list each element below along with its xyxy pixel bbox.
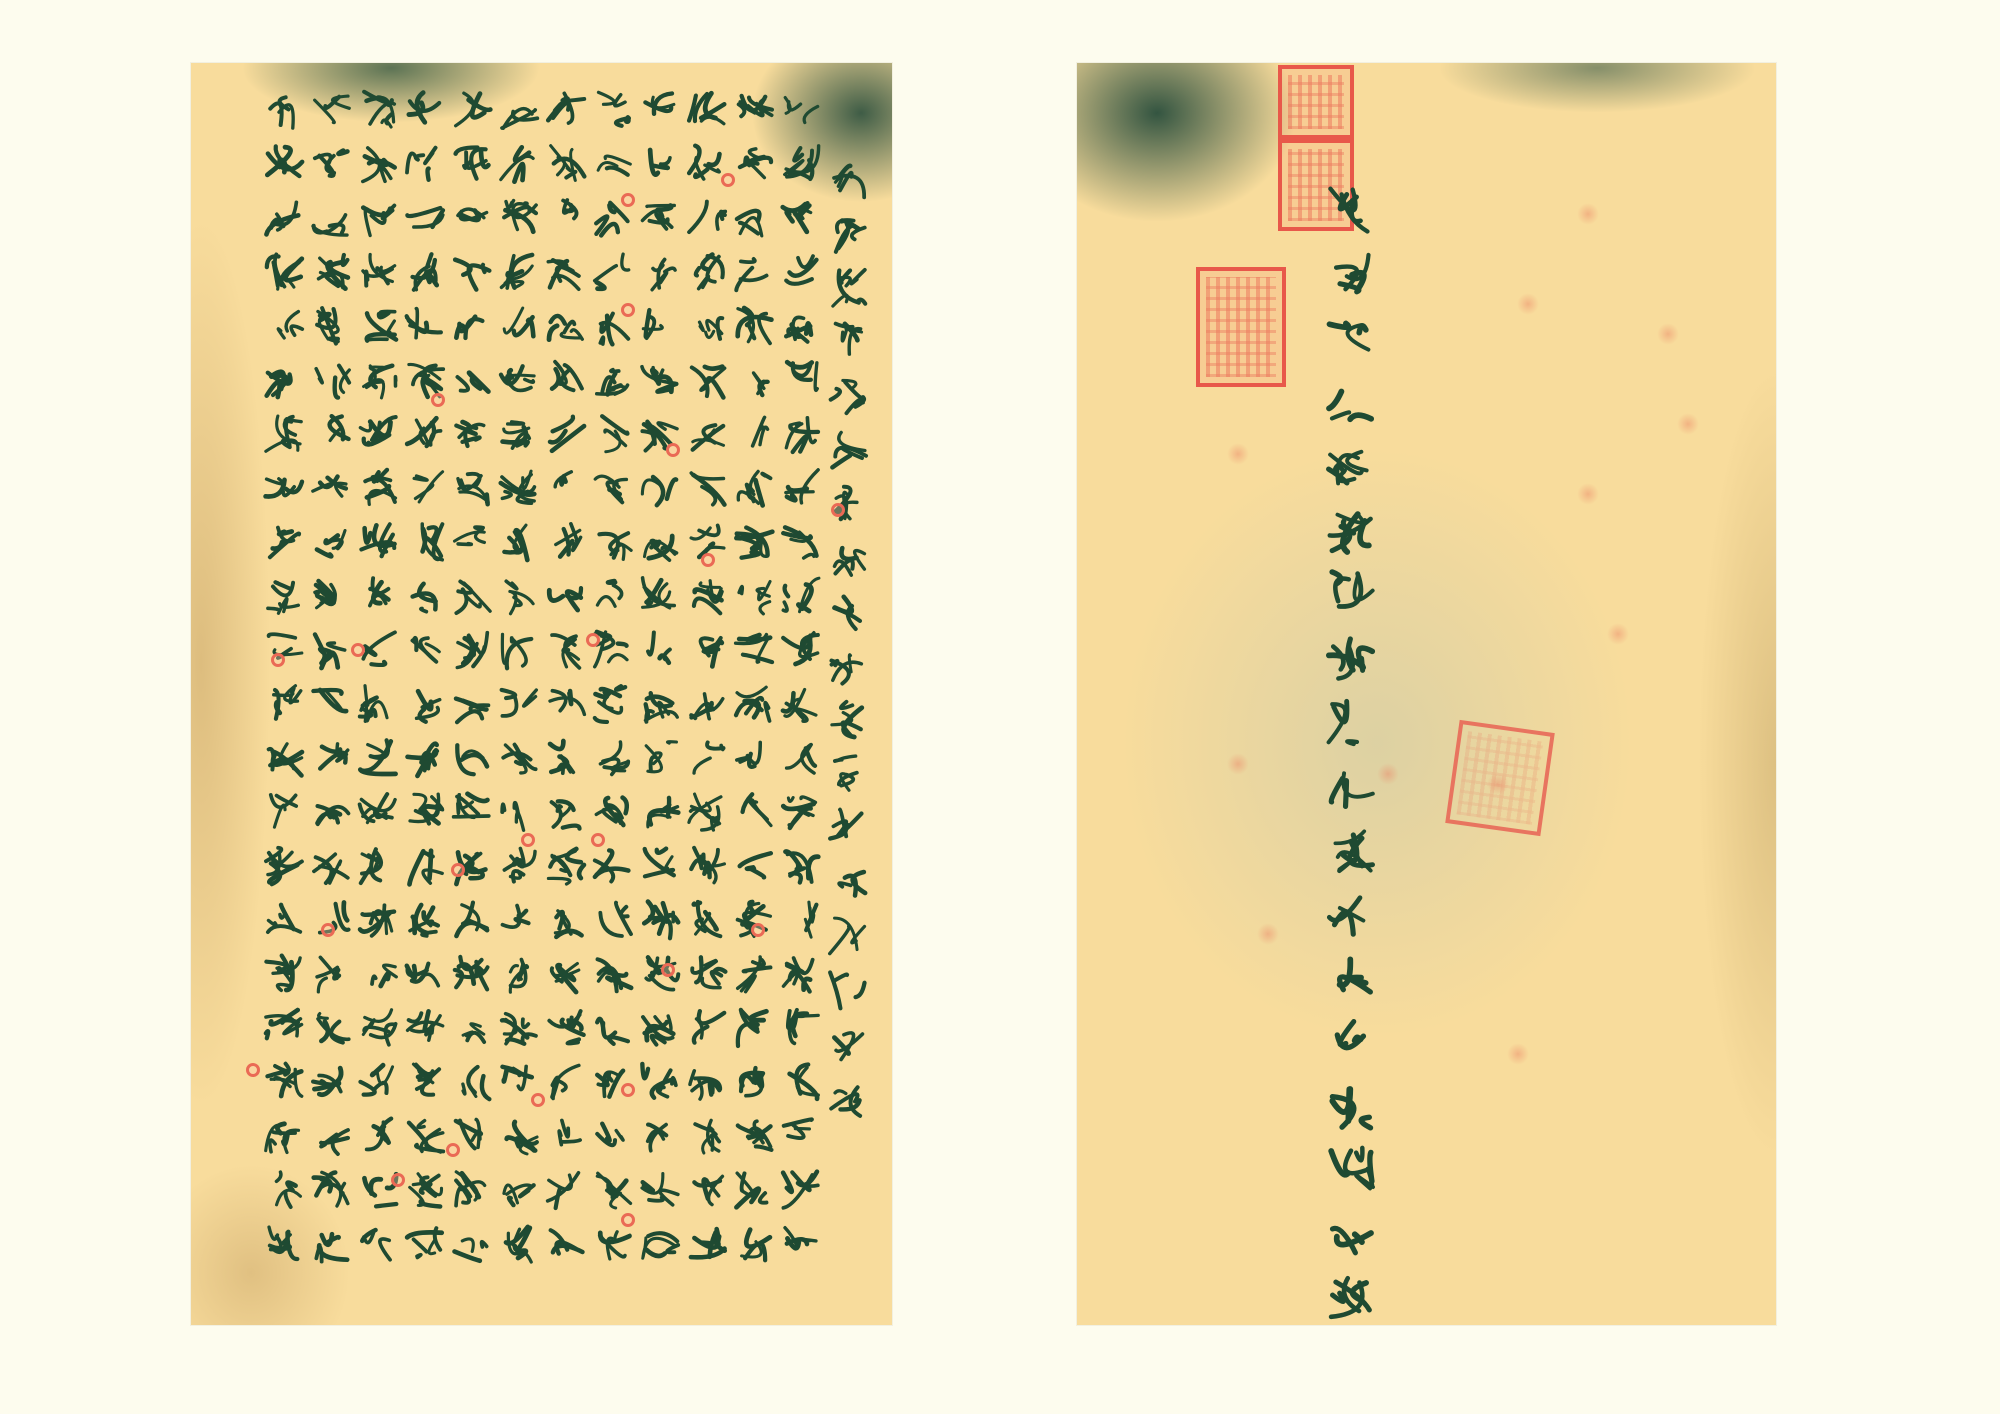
red-punctuation-circle	[621, 193, 635, 207]
calligraphy-glyph	[637, 627, 683, 673]
calligraphy-glyph	[731, 843, 777, 889]
calligraphy-glyph	[590, 1059, 636, 1105]
calligraphy-glyph	[731, 519, 777, 565]
calligraphy-glyph	[731, 735, 777, 781]
calligraphy-glyph	[825, 805, 871, 851]
calligraphy-glyph	[543, 1221, 589, 1267]
calligraphy-glyph	[449, 1167, 495, 1213]
calligraphy-glyph	[825, 535, 871, 581]
calligraphy-glyph	[449, 249, 495, 295]
calligraphy-glyph	[543, 735, 589, 781]
calligraphy-glyph	[543, 843, 589, 889]
faded-red-speck	[1377, 763, 1399, 785]
red-punctuation-circle	[621, 1083, 635, 1097]
calligraphy-glyph	[684, 249, 730, 295]
text-column	[637, 83, 683, 1271]
calligraphy-glyph	[402, 573, 448, 619]
calligraphy-glyph	[731, 1005, 777, 1051]
calligraphy-glyph	[355, 1005, 401, 1051]
calligraphy-glyph	[590, 1167, 636, 1213]
calligraphy-glyph	[825, 373, 871, 419]
calligraphy-glyph	[590, 357, 636, 403]
calligraphy-glyph	[496, 735, 542, 781]
red-seal-top	[1278, 65, 1354, 139]
calligraphy-glyph	[1323, 502, 1379, 558]
calligraphy-glyph	[684, 1059, 730, 1105]
red-punctuation-circle	[391, 1173, 405, 1187]
red-seal-faint-outline	[1445, 720, 1555, 836]
calligraphy-glyph	[308, 195, 354, 241]
calligraphy-glyph	[402, 303, 448, 349]
faded-red-speck	[1227, 443, 1249, 465]
calligraphy-glyph	[1323, 1014, 1379, 1070]
calligraphy-glyph	[402, 141, 448, 187]
calligraphy-glyph	[731, 573, 777, 619]
calligraphy-glyph	[778, 1221, 824, 1267]
calligraphy-glyph	[402, 789, 448, 835]
calligraphy-glyph	[731, 1167, 777, 1213]
calligraphy-glyph	[637, 951, 683, 997]
calligraphy-glyph	[543, 411, 589, 457]
calligraphy-glyph	[1323, 758, 1379, 814]
text-column	[402, 83, 448, 1271]
calligraphy-glyph	[355, 1059, 401, 1105]
calligraphy-glyph	[778, 1113, 824, 1159]
calligraphy-glyph	[355, 141, 401, 187]
calligraphy-glyph	[402, 681, 448, 727]
calligraphy-glyph	[825, 319, 871, 365]
calligraphy-glyph	[308, 1005, 354, 1051]
calligraphy-glyph	[543, 1113, 589, 1159]
calligraphy-glyph	[637, 735, 683, 781]
red-punctuation-circle	[751, 923, 765, 937]
calligraphy-glyph	[496, 141, 542, 187]
calligraphy-glyph	[731, 465, 777, 511]
faded-red-speck	[1657, 323, 1679, 345]
calligraphy-glyph	[1323, 822, 1379, 878]
calligraphy-glyph	[731, 303, 777, 349]
calligraphy-glyph	[637, 465, 683, 511]
calligraphy-glyph	[496, 1221, 542, 1267]
calligraphy-glyph	[825, 913, 871, 959]
calligraphy-glyph	[1323, 886, 1379, 942]
calligraphy-glyph	[684, 465, 730, 511]
calligraphy-glyph	[684, 951, 730, 997]
calligraphy-glyph	[1323, 310, 1379, 366]
red-punctuation-circle	[831, 503, 845, 517]
calligraphy-glyph	[261, 1167, 307, 1213]
calligraphy-glyph	[778, 357, 824, 403]
calligraphy-glyph	[778, 1167, 824, 1213]
calligraphy-glyph	[402, 465, 448, 511]
text-column	[778, 83, 824, 1271]
calligraphy-glyph	[684, 195, 730, 241]
calligraphy-glyph	[402, 519, 448, 565]
text-column	[261, 83, 307, 1271]
calligraphy-glyph	[496, 681, 542, 727]
calligraphy-glyph	[496, 789, 542, 835]
calligraphy-glyph	[825, 751, 871, 797]
calligraphy-glyph	[261, 303, 307, 349]
calligraphy-glyph	[778, 411, 824, 457]
calligraphy-glyph	[308, 1221, 354, 1267]
calligraphy-glyph	[449, 951, 495, 997]
calligraphy-glyph	[355, 303, 401, 349]
calligraphy-glyph	[1323, 950, 1379, 1006]
calligraphy-glyph	[1323, 566, 1379, 622]
red-punctuation-circle	[431, 393, 445, 407]
calligraphy-glyph	[261, 87, 307, 133]
calligraphy-glyph	[261, 357, 307, 403]
faded-red-speck	[1517, 293, 1539, 315]
calligraphy-glyph	[731, 357, 777, 403]
faded-red-speck	[1577, 483, 1599, 505]
calligraphy-glyph	[543, 195, 589, 241]
calligraphy-glyph	[778, 1005, 824, 1051]
text-column	[825, 153, 871, 1125]
calligraphy-glyph	[261, 141, 307, 187]
calligraphy-glyph	[731, 195, 777, 241]
calligraphy-glyph	[261, 573, 307, 619]
calligraphy-glyph	[684, 411, 730, 457]
calligraphy-glyph	[590, 411, 636, 457]
calligraphy-glyph	[590, 789, 636, 835]
calligraphy-glyph	[402, 843, 448, 889]
calligraphy-glyph	[637, 141, 683, 187]
text-column	[1323, 178, 1379, 1325]
calligraphy-glyph	[778, 735, 824, 781]
red-punctuation-circle	[271, 653, 285, 667]
calligraphy-glyph	[543, 627, 589, 673]
calligraphy-glyph	[637, 195, 683, 241]
calligraphy-glyph	[449, 735, 495, 781]
calligraphy-glyph	[308, 681, 354, 727]
calligraphy-glyph	[261, 519, 307, 565]
calligraphy-glyph	[402, 1113, 448, 1159]
red-punctuation-circle	[621, 1213, 635, 1227]
calligraphy-glyph	[590, 87, 636, 133]
calligraphy-glyph	[449, 195, 495, 241]
calligraphy-glyph	[543, 789, 589, 835]
calligraphy-glyph	[261, 897, 307, 943]
calligraphy-glyph	[355, 789, 401, 835]
calligraphy-glyph	[543, 573, 589, 619]
calligraphy-glyph	[308, 1059, 354, 1105]
calligraphy-glyph	[402, 195, 448, 241]
calligraphy-glyph	[684, 1221, 730, 1267]
calligraphy-glyph	[1323, 1270, 1379, 1325]
calligraphy-glyph	[1323, 1206, 1379, 1262]
calligraphy-glyph	[590, 735, 636, 781]
calligraphy-glyph	[637, 519, 683, 565]
calligraphy-glyph	[778, 465, 824, 511]
calligraphy-glyph	[825, 211, 871, 257]
red-punctuation-circle	[451, 863, 465, 877]
calligraphy-glyph	[402, 1221, 448, 1267]
calligraphy-glyph	[637, 897, 683, 943]
calligraphy-glyph	[637, 1167, 683, 1213]
calligraphy-glyph	[778, 627, 824, 673]
calligraphy-glyph	[684, 573, 730, 619]
calligraphy-glyph	[731, 1113, 777, 1159]
calligraphy-glyph	[590, 1221, 636, 1267]
calligraphy-glyph	[308, 357, 354, 403]
calligraphy-glyph	[543, 681, 589, 727]
calligraphy-glyph	[355, 573, 401, 619]
calligraphy-glyph	[496, 465, 542, 511]
calligraphy-glyph	[449, 627, 495, 673]
calligraphy-glyph	[684, 735, 730, 781]
red-punctuation-circle	[721, 173, 735, 187]
red-punctuation-circle	[591, 833, 605, 847]
calligraphy-glyph	[825, 643, 871, 689]
calligraphy-glyph	[496, 897, 542, 943]
calligraphy-glyph	[496, 87, 542, 133]
calligraphy-glyph	[637, 87, 683, 133]
calligraphy-glyph	[684, 357, 730, 403]
calligraphy-glyph	[684, 627, 730, 673]
calligraphy-glyph	[778, 951, 824, 997]
calligraphy-glyph	[261, 951, 307, 997]
water-stain-left-edge	[191, 213, 271, 1113]
red-punctuation-circle	[446, 1143, 460, 1157]
calligraphy-glyph	[590, 141, 636, 187]
calligraphy-glyph	[731, 789, 777, 835]
calligraphy-glyph	[637, 249, 683, 295]
calligraphy-glyph	[308, 465, 354, 511]
calligraphy-glyph	[637, 681, 683, 727]
calligraphy-glyph	[308, 1167, 354, 1213]
calligraphy-glyph	[543, 141, 589, 187]
calligraphy-glyph	[355, 195, 401, 241]
calligraphy-glyph	[684, 1113, 730, 1159]
calligraphy-glyph	[684, 303, 730, 349]
calligraphy-glyph	[496, 357, 542, 403]
calligraphy-glyph	[355, 1221, 401, 1267]
calligraphy-glyph	[355, 735, 401, 781]
calligraphy-glyph	[355, 411, 401, 457]
calligraphy-glyph	[496, 1113, 542, 1159]
calligraphy-glyph	[778, 573, 824, 619]
calligraphy-glyph	[308, 249, 354, 295]
calligraphy-glyph	[637, 573, 683, 619]
manuscript-page-left	[191, 63, 892, 1325]
calligraphy-glyph	[590, 249, 636, 295]
calligraphy-glyph	[308, 411, 354, 457]
calligraphy-glyph	[684, 843, 730, 889]
calligraphy-glyph	[543, 303, 589, 349]
calligraphy-glyph	[449, 573, 495, 619]
calligraphy-glyph	[496, 519, 542, 565]
calligraphy-glyph	[731, 1221, 777, 1267]
calligraphy-glyph	[261, 465, 307, 511]
calligraphy-glyph	[825, 157, 871, 203]
text-column	[308, 83, 354, 1271]
calligraphy-glyph	[449, 87, 495, 133]
calligraphy-glyph	[543, 1005, 589, 1051]
manuscript-page-right	[1077, 63, 1776, 1325]
calligraphy-glyph	[825, 265, 871, 311]
red-punctuation-circle	[701, 553, 715, 567]
calligraphy-glyph	[261, 195, 307, 241]
calligraphy-glyph	[1323, 630, 1379, 686]
calligraphy-glyph	[590, 897, 636, 943]
calligraphy-glyph	[449, 1221, 495, 1267]
calligraphy-glyph	[778, 681, 824, 727]
calligraphy-glyph	[637, 843, 683, 889]
text-column	[731, 83, 777, 1271]
calligraphy-glyph	[778, 141, 824, 187]
calligraphy-glyph	[449, 1059, 495, 1105]
calligraphy-glyph	[308, 627, 354, 673]
text-column	[684, 83, 730, 1271]
calligraphy-glyph	[355, 843, 401, 889]
faded-red-speck	[1577, 203, 1599, 225]
calligraphy-glyph	[731, 249, 777, 295]
calligraphy-glyph	[825, 1021, 871, 1067]
calligraphy-glyph	[308, 1113, 354, 1159]
calligraphy-glyph	[308, 843, 354, 889]
red-punctuation-circle	[666, 443, 680, 457]
calligraphy-glyph	[449, 519, 495, 565]
calligraphy-glyph	[731, 411, 777, 457]
calligraphy-glyph	[1323, 374, 1379, 430]
calligraphy-glyph	[449, 897, 495, 943]
text-column	[355, 83, 401, 1271]
calligraphy-glyph	[684, 789, 730, 835]
calligraphy-glyph	[496, 627, 542, 673]
calligraphy-glyph	[402, 1059, 448, 1105]
red-punctuation-circle	[351, 643, 365, 657]
faded-red-speck	[1507, 1043, 1529, 1065]
calligraphy-glyph	[449, 357, 495, 403]
calligraphy-glyph	[778, 1059, 824, 1105]
calligraphy-glyph	[449, 465, 495, 511]
calligraphy-glyph	[308, 303, 354, 349]
calligraphy-glyph	[261, 681, 307, 727]
calligraphy-glyph	[496, 411, 542, 457]
calligraphy-glyph	[684, 87, 730, 133]
calligraphy-glyph	[449, 303, 495, 349]
red-punctuation-circle	[246, 1063, 260, 1077]
calligraphy-glyph	[402, 1167, 448, 1213]
calligraphy-glyph	[590, 1113, 636, 1159]
calligraphy-glyph	[402, 249, 448, 295]
calligraphy-glyph	[731, 87, 777, 133]
calligraphy-glyph	[402, 627, 448, 673]
calligraphy-glyph	[355, 465, 401, 511]
calligraphy-glyph	[637, 1005, 683, 1051]
calligraphy-glyph	[731, 951, 777, 997]
calligraphy-glyph	[496, 303, 542, 349]
calligraphy-glyph	[731, 141, 777, 187]
red-punctuation-circle	[661, 963, 675, 977]
calligraphy-glyph	[637, 357, 683, 403]
calligraphy-glyph	[543, 249, 589, 295]
calligraphy-glyph	[825, 589, 871, 635]
calligraphy-glyph	[261, 843, 307, 889]
calligraphy-glyph	[590, 573, 636, 619]
calligraphy-glyph	[543, 87, 589, 133]
calligraphy-glyph	[825, 697, 871, 743]
ink-stain-top-left	[1077, 63, 1297, 223]
calligraphy-glyph	[590, 951, 636, 997]
calligraphy-glyph	[308, 951, 354, 997]
calligraphy-glyph	[496, 249, 542, 295]
calligraphy-glyph	[355, 519, 401, 565]
calligraphy-glyph	[402, 951, 448, 997]
calligraphy-glyph	[778, 519, 824, 565]
calligraphy-glyph	[496, 195, 542, 241]
calligraphy-glyph	[355, 681, 401, 727]
calligraphy-glyph	[637, 1113, 683, 1159]
calligraphy-glyph	[543, 897, 589, 943]
calligraphy-glyph	[543, 519, 589, 565]
calligraphy-glyph	[355, 951, 401, 997]
calligraphy-glyph	[261, 249, 307, 295]
calligraphy-glyph	[590, 465, 636, 511]
red-punctuation-circle	[586, 633, 600, 647]
calligraphy-glyph	[778, 87, 824, 133]
red-punctuation-circle	[621, 303, 635, 317]
calligraphy-glyph	[684, 681, 730, 727]
calligraphy-glyph	[261, 1059, 307, 1105]
calligraphy-glyph	[778, 789, 824, 835]
calligraphy-glyph	[778, 195, 824, 241]
calligraphy-glyph	[496, 1167, 542, 1213]
calligraphy-glyph	[637, 303, 683, 349]
calligraphy-glyph	[308, 519, 354, 565]
red-punctuation-circle	[531, 1093, 545, 1107]
red-seal-large	[1196, 267, 1286, 387]
calligraphy-glyph	[496, 573, 542, 619]
calligraphy-glyph	[1323, 438, 1379, 494]
calligraphy-glyph	[590, 519, 636, 565]
calligraphy-glyph	[637, 1059, 683, 1105]
calligraphy-glyph	[402, 411, 448, 457]
calligraphy-glyph	[543, 1059, 589, 1105]
calligraphy-glyph	[308, 735, 354, 781]
calligraphy-glyph	[402, 897, 448, 943]
calligraphy-glyph	[496, 951, 542, 997]
calligraphy-glyph	[1323, 246, 1379, 302]
calligraphy-glyph	[261, 1113, 307, 1159]
calligraphy-glyph	[731, 681, 777, 727]
calligraphy-glyph	[1323, 1142, 1379, 1198]
calligraphy-glyph	[402, 87, 448, 133]
calligraphy-glyph	[308, 87, 354, 133]
calligraphy-glyph	[308, 141, 354, 187]
faded-red-speck	[1677, 413, 1699, 435]
calligraphy-glyph	[825, 481, 871, 527]
text-column	[449, 83, 495, 1271]
calligraphy-glyph	[355, 357, 401, 403]
faded-red-speck	[1227, 753, 1249, 775]
calligraphy-glyph	[731, 1059, 777, 1105]
calligraphy-glyph	[543, 1167, 589, 1213]
text-column	[543, 83, 589, 1271]
calligraphy-glyph	[261, 627, 307, 673]
faded-red-speck	[1257, 923, 1279, 945]
red-punctuation-circle	[321, 923, 335, 937]
calligraphy-glyph	[496, 843, 542, 889]
calligraphy-glyph	[825, 427, 871, 473]
calligraphy-glyph	[543, 465, 589, 511]
calligraphy-glyph	[684, 897, 730, 943]
calligraphy-glyph	[261, 789, 307, 835]
calligraphy-glyph	[355, 897, 401, 943]
calligraphy-glyph	[1323, 182, 1379, 238]
